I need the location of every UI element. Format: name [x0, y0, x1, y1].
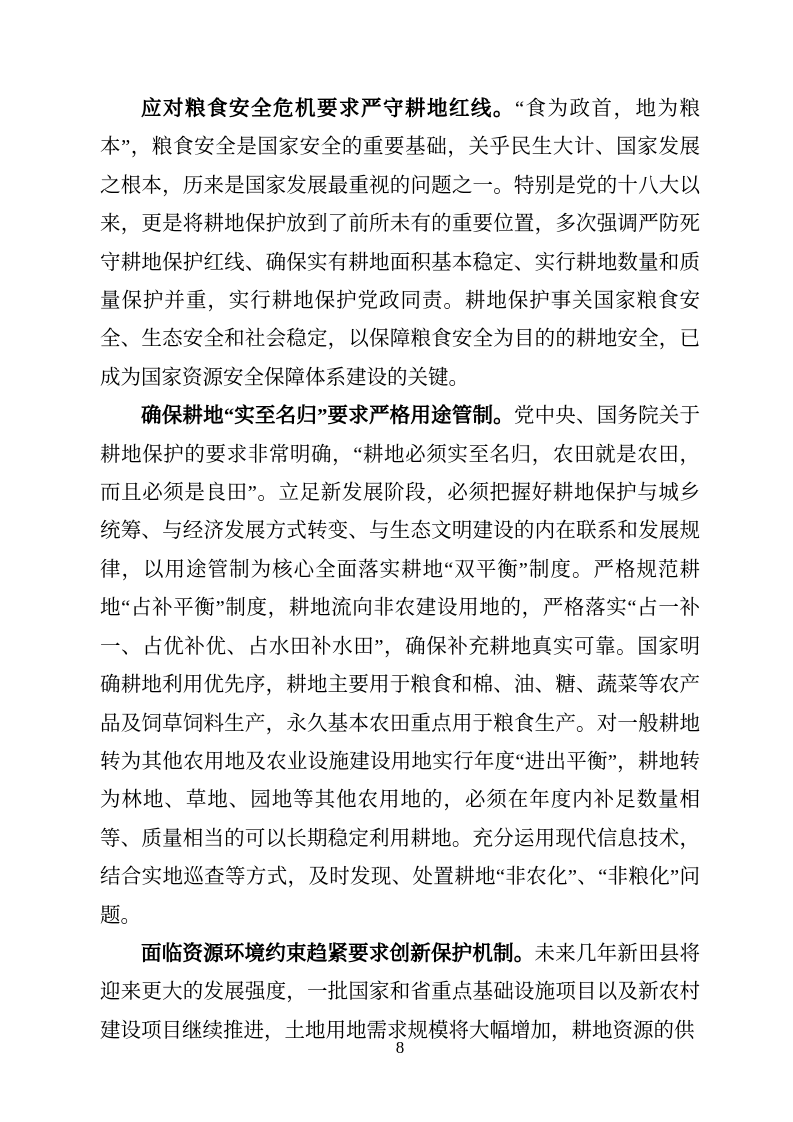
paragraph-2: 确保耕地“实至名归”要求严格用途管制。党中央、国务院关于耕地保护的要求非常明确，…: [100, 397, 700, 935]
document-body: 应对粮食安全危机要求严守耕地红线。“食为政首，地为粮本”，粮食安全是国家安全的重…: [100, 90, 700, 1050]
paragraph-3-lead: 面临资源环境约束趋紧要求创新保护机制。: [141, 943, 535, 965]
paragraph-3: 面临资源环境约束趋紧要求创新保护机制。未来几年新田县将迎来更大的发展强度，一批国…: [100, 935, 700, 1050]
paragraph-2-text: 党中央、国务院关于耕地保护的要求非常明确，“耕地必须实至名归，农田就是农田，而且…: [100, 405, 700, 926]
page-number: 8: [100, 1038, 700, 1058]
document-page: 应对粮食安全危机要求严守耕地红线。“食为政首，地为粮本”，粮食安全是国家安全的重…: [0, 0, 793, 1122]
paragraph-2-lead: 确保耕地“实至名归”要求严格用途管制。: [141, 405, 514, 427]
paragraph-1: 应对粮食安全危机要求严守耕地红线。“食为政首，地为粮本”，粮食安全是国家安全的重…: [100, 90, 700, 397]
paragraph-1-text: “食为政首，地为粮本”，粮食安全是国家安全的重要基础，关乎民生大计、国家发展之根…: [100, 98, 700, 389]
paragraph-1-lead: 应对粮食安全危机要求严守耕地红线。: [141, 98, 515, 120]
